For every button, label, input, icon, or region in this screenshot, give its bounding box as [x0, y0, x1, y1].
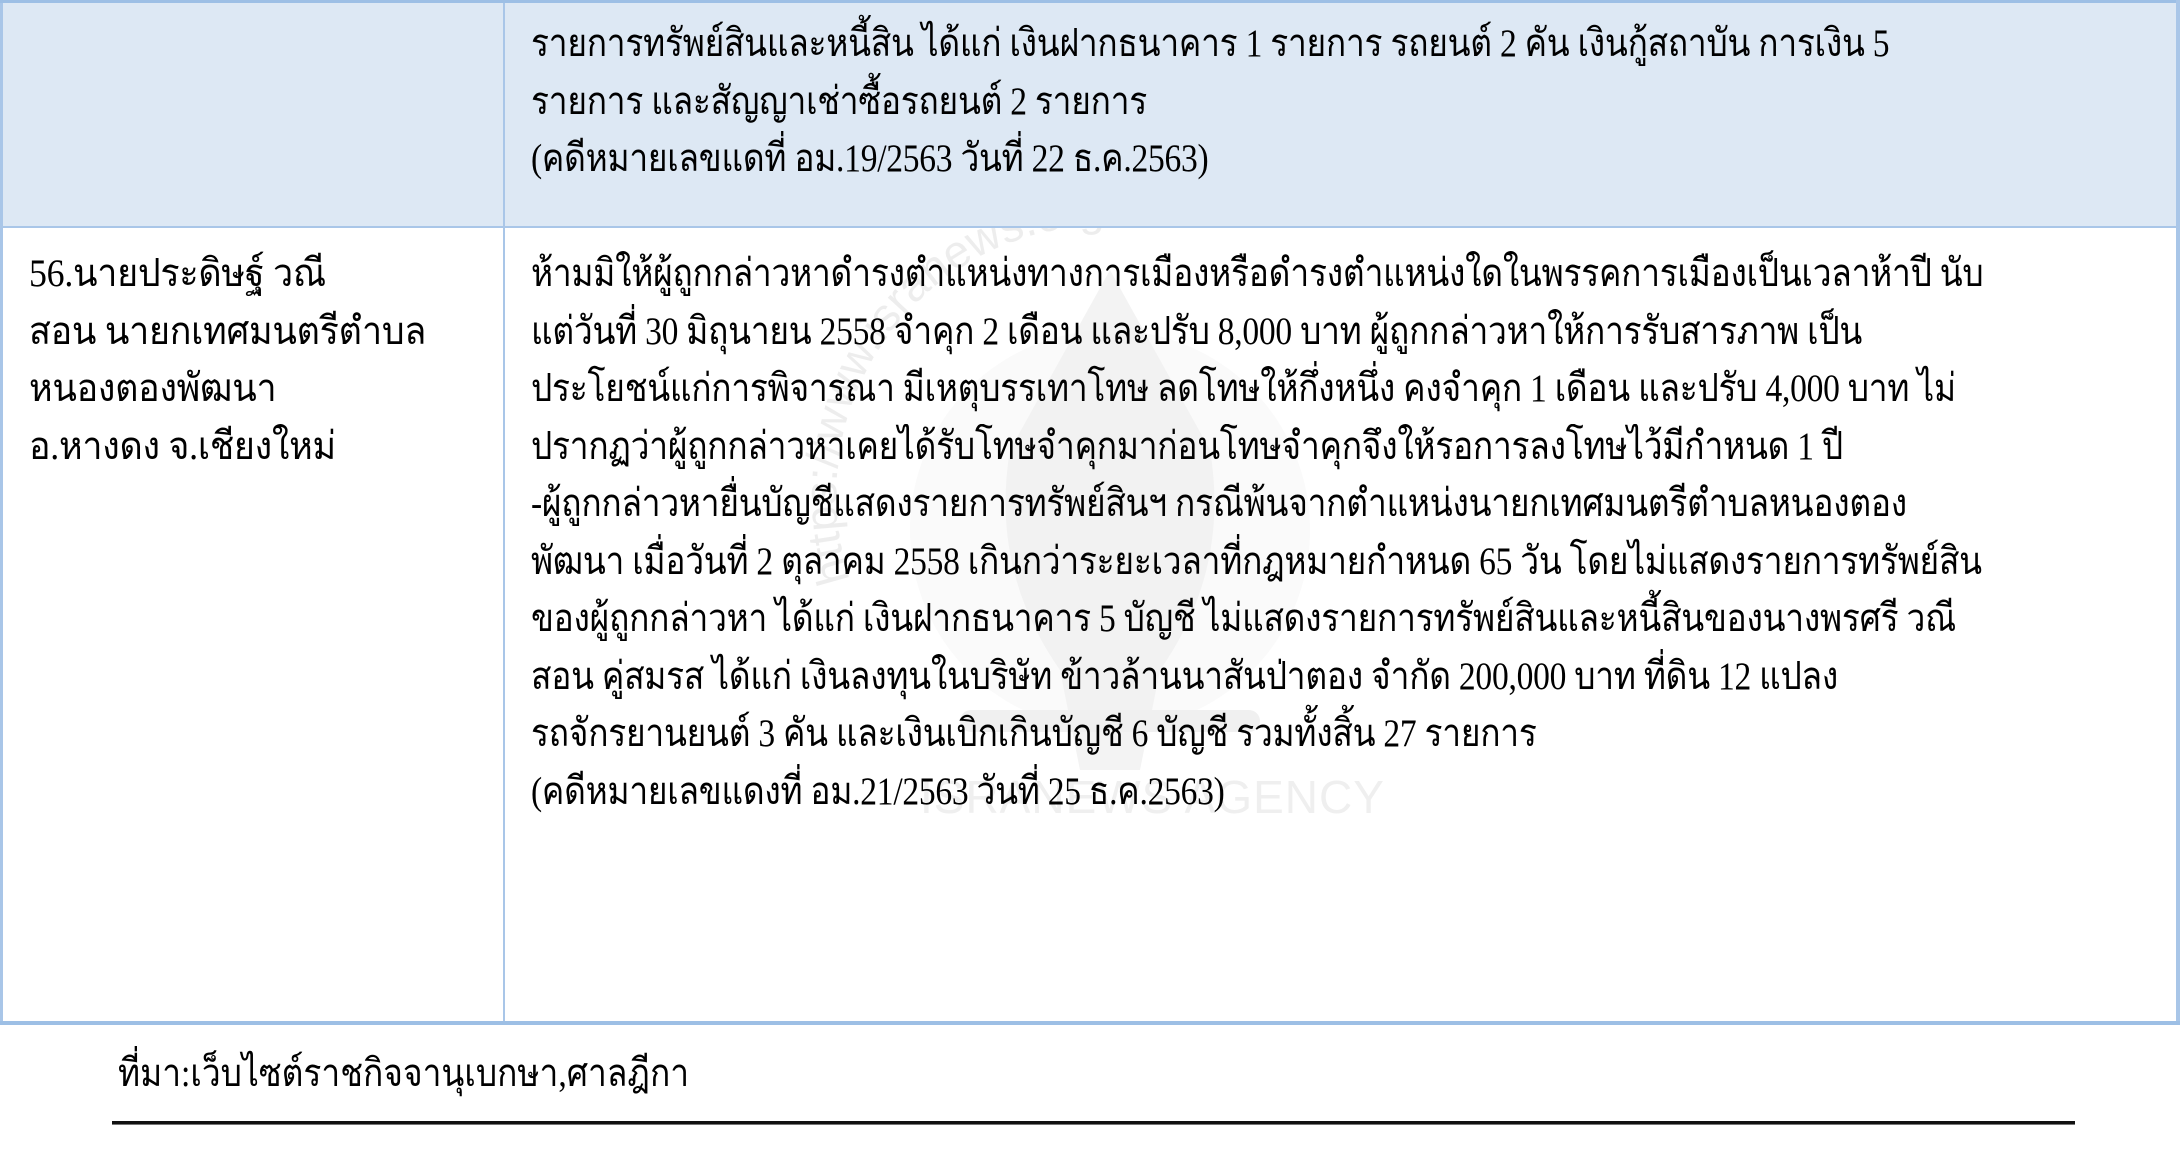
- divider-rule: [112, 1121, 2075, 1125]
- verdict-line: ประโยชน์แก่การพิจารณา มีเหตุบรรเทาโทษ ลด…: [531, 360, 1929, 418]
- verdict-cell: ห้ามมิให้ผู้ถูกกล่าวหาดำรงตำแหน่งทางการเ…: [504, 227, 2178, 1023]
- table-row: 56.นายประดิษฐ์ วณี สอน นายกเทศมนตรีตำบล …: [2, 227, 2179, 1023]
- verdict-line: รายการทรัพย์สินและหนี้สิน ได้แก่ เงินฝาก…: [531, 15, 1929, 73]
- defendant-position: หนองตองพัฒนา: [29, 360, 447, 418]
- verdict-line: สอน คู่สมรส ได้แก่ เงินลงทุนในบริษัท ข้า…: [531, 648, 1929, 706]
- case-number: (คดีหมายเลขแดที่ อม.19/2563 วันที่ 22 ธ.…: [531, 130, 1929, 188]
- defendant-name: สอน นายกเทศมนตรีตำบล: [29, 303, 447, 361]
- defendant-location: อ.หางดง จ.เชียงใหม่: [29, 418, 447, 476]
- verdict-line: รายการ และสัญญาเช่าซื้อรถยนต์ 2 รายการ: [531, 73, 1929, 131]
- defendant-cell: [2, 2, 505, 228]
- verdict-line: แต่วันที่ 30 มิถุนายน 2558 จำคุก 2 เดือน…: [531, 303, 1929, 361]
- verdict-line: -ผู้ถูกกล่าวหายื่นบัญชีแสดงรายการทรัพย์ส…: [531, 475, 1929, 533]
- verdict-line: ห้ามมิให้ผู้ถูกกล่าวหาดำรงตำแหน่งทางการเ…: [531, 245, 1929, 303]
- verdict-line: ปรากฏว่าผู้ถูกกล่าวหาเคยได้รับโทษจำคุกมา…: [531, 418, 1929, 476]
- verdict-table: รายการทรัพย์สินและหนี้สิน ได้แก่ เงินฝาก…: [0, 0, 2180, 1025]
- verdict-line: ของผู้ถูกกล่าวหา ได้แก่ เงินฝากธนาคาร 5 …: [531, 590, 1929, 648]
- defendant-name: 56.นายประดิษฐ์ วณี: [29, 245, 447, 303]
- defendant-cell: 56.นายประดิษฐ์ วณี สอน นายกเทศมนตรีตำบล …: [2, 227, 505, 1023]
- case-number: (คดีหมายเลขแดงที่ อม.21/2563 วันที่ 25 ธ…: [531, 763, 1929, 821]
- table-row: รายการทรัพย์สินและหนี้สิน ได้แก่ เงินฝาก…: [2, 2, 2179, 228]
- verdict-cell: รายการทรัพย์สินและหนี้สิน ได้แก่ เงินฝาก…: [504, 2, 2178, 228]
- verdict-line: รถจักรยานยนต์ 3 คัน และเงินเบิกเกินบัญชี…: [531, 705, 1929, 763]
- verdict-line: พัฒนา เมื่อวันที่ 2 ตุลาคม 2558 เกินกว่า…: [531, 533, 1929, 591]
- source-note: ที่มา:เว็บไซต์ราชกิจจานุเบกษา,ศาลฎีกา: [118, 1049, 689, 1099]
